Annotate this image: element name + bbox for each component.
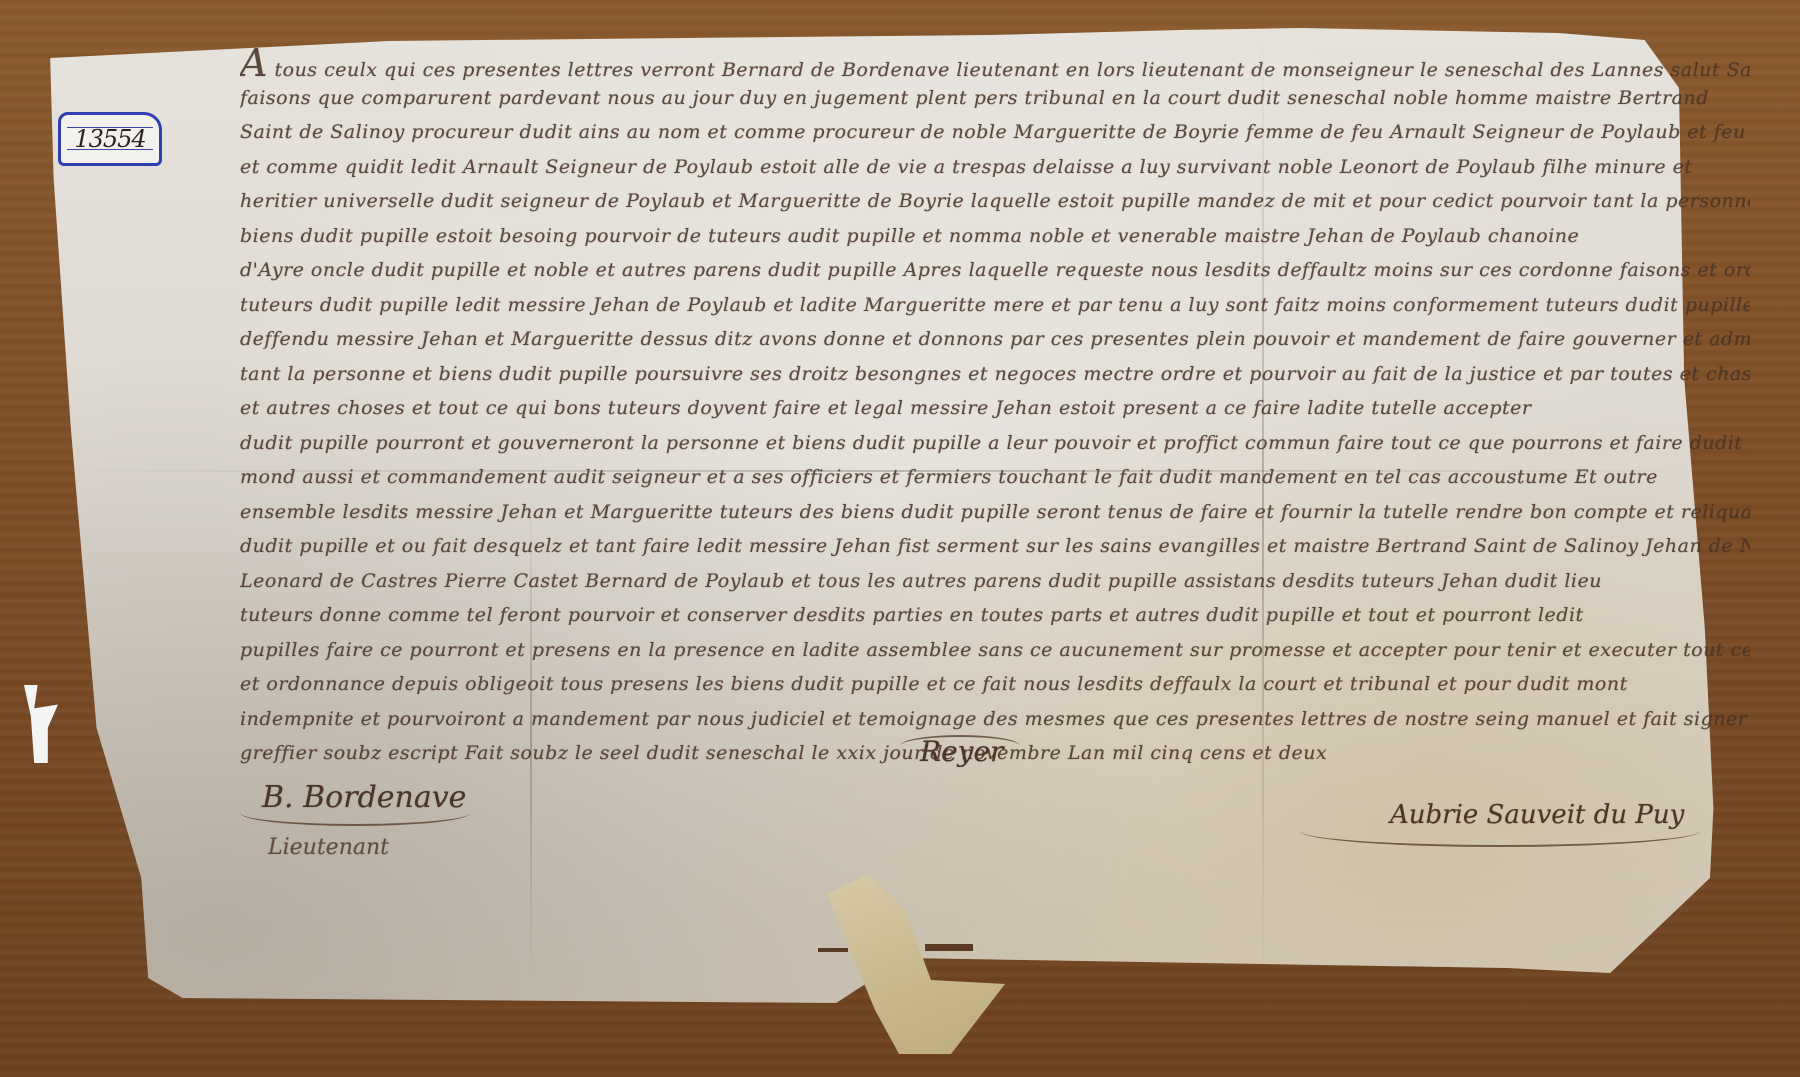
text-line: et autres choses et tout ce qui bons tut…: [240, 391, 1750, 426]
text-line: Leonard de Castres Pierre Castet Bernard…: [240, 564, 1750, 599]
text-line: A tous ceulx qui ces presentes lettres v…: [240, 46, 1750, 81]
manuscript-text: A tous ceulx qui ces presentes lettres v…: [240, 46, 1750, 771]
text-line: indempnite et pourvoiront a mandement pa…: [240, 702, 1750, 737]
archive-number: 13554: [74, 125, 145, 153]
signature-bordenave-title: Lieutenant: [268, 835, 389, 860]
archive-label: 13554: [58, 112, 162, 166]
paper-tab: [24, 685, 58, 763]
text-line: tuteurs dudit pupille ledit messire Jeha…: [240, 288, 1750, 323]
seal-slit: [925, 944, 973, 951]
signature-flourish: [1300, 815, 1700, 847]
text-line: faisons que comparurent pardevant nous a…: [240, 81, 1750, 116]
text-line: tuteurs donne comme tel feront pourvoir …: [240, 598, 1750, 633]
text-line: pupilles faire ce pourront et presens en…: [240, 633, 1750, 668]
text-line: biens dudit pupille estoit besoing pourv…: [240, 219, 1750, 254]
text-line: ensemble lesdits messire Jehan et Margue…: [240, 495, 1750, 530]
seal-slit: [818, 948, 848, 952]
signature-flourish: [240, 800, 470, 826]
text-line: heritier universelle dudit seigneur de P…: [240, 184, 1750, 219]
text-line: et ordonnance depuis obligeoit tous pres…: [240, 667, 1750, 702]
text-line: et comme quidit ledit Arnault Seigneur d…: [240, 150, 1750, 185]
text-line: dudit pupille et ou fait desquelz et tan…: [240, 529, 1750, 564]
text-line: dudit pupille pourront et gouverneront l…: [240, 426, 1750, 461]
signature-flourish: [900, 735, 1020, 757]
text-line: deffendu messire Jehan et Margueritte de…: [240, 322, 1750, 357]
text-line: mond aussi et commandement audit seigneu…: [240, 460, 1750, 495]
text-line: tant la personne et biens dudit pupille …: [240, 357, 1750, 392]
text-line: Saint de Salinoy procureur dudit ains au…: [240, 115, 1750, 150]
text-line: d'Ayre oncle dudit pupille et noble et a…: [240, 253, 1750, 288]
